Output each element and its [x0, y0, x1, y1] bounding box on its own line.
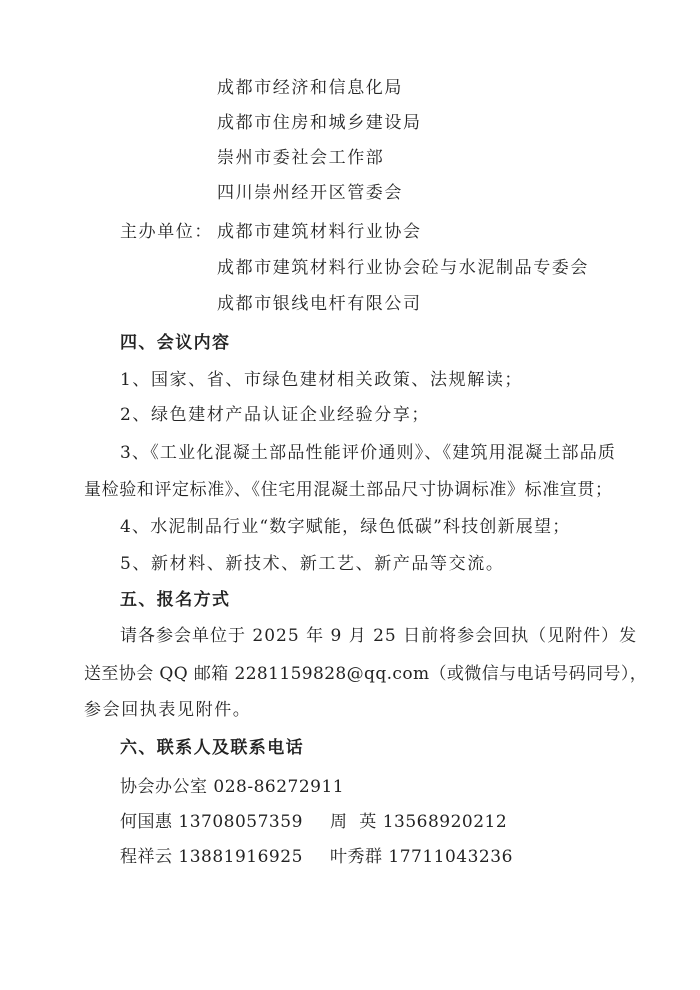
- co-organizer-line: 四川崇州经开区管委会: [217, 181, 403, 205]
- contact-entry: 程祥云 13881916925: [120, 845, 303, 869]
- content-item: 5、新材料、新技术、新工艺、新产品等交流。: [120, 552, 504, 576]
- section-heading-registration: 五、报名方式: [120, 588, 230, 612]
- host-line: 成都市银线电杆有限公司: [217, 292, 422, 316]
- contact-name: 周 英: [330, 812, 377, 832]
- registration-text: 参会回执表见附件。: [84, 698, 251, 722]
- contact-phone: 13708057359: [178, 812, 302, 832]
- office-phone: 协会办公室 028-86272911: [120, 775, 344, 799]
- host-line: 成都市建筑材料行业协会砼与水泥制品专委会: [217, 256, 589, 280]
- contact-name: 何国惠: [120, 812, 173, 832]
- content-item: 1、国家、省、市绿色建材相关政策、法规解读；: [120, 368, 523, 392]
- registration-text: 请各参会单位于 2025 年 9 月 25 日前将参会回执（见附件）发: [120, 624, 637, 648]
- co-organizer-line: 崇州市委社会工作部: [217, 146, 384, 170]
- co-organizer-line: 成都市住房和城乡建设局: [217, 111, 422, 135]
- contact-entry: 周 英 13568920212: [330, 810, 507, 834]
- content-item: 4、水泥制品行业“数字赋能，绿色低碳”科技创新展望；: [120, 515, 570, 539]
- contact-entry: 何国惠 13708057359: [120, 810, 303, 834]
- contact-entry: 叶秀群 17711043236: [330, 845, 513, 869]
- registration-text: 送至协会 QQ 邮箱 2281159828@qq.com（或微信与电话号码同号）…: [84, 662, 647, 686]
- contact-phone: 13568920212: [383, 812, 507, 832]
- section-heading-meeting-content: 四、会议内容: [120, 331, 230, 355]
- section-heading-contacts: 六、联系人及联系电话: [120, 736, 304, 760]
- contact-phone: 17711043236: [388, 847, 512, 867]
- contact-phone: 13881916925: [178, 847, 302, 867]
- contact-name: 叶秀群: [330, 847, 383, 867]
- contact-name: 程祥云: [120, 847, 173, 867]
- co-organizer-line: 成都市经济和信息化局: [217, 76, 403, 100]
- content-item: 3、《工业化混凝土部品性能评价通则》、《建筑用混凝土部品质: [120, 441, 616, 465]
- hosts-label: 主办单位：: [120, 220, 213, 244]
- content-item-continued: 量检验和评定标准》、《住宅用混凝土部品尺寸协调标准》标准宣贯；: [84, 478, 613, 502]
- content-item: 2、绿色建材产品认证企业经验分享；: [120, 403, 430, 427]
- host-line: 成都市建筑材料行业协会: [217, 220, 422, 244]
